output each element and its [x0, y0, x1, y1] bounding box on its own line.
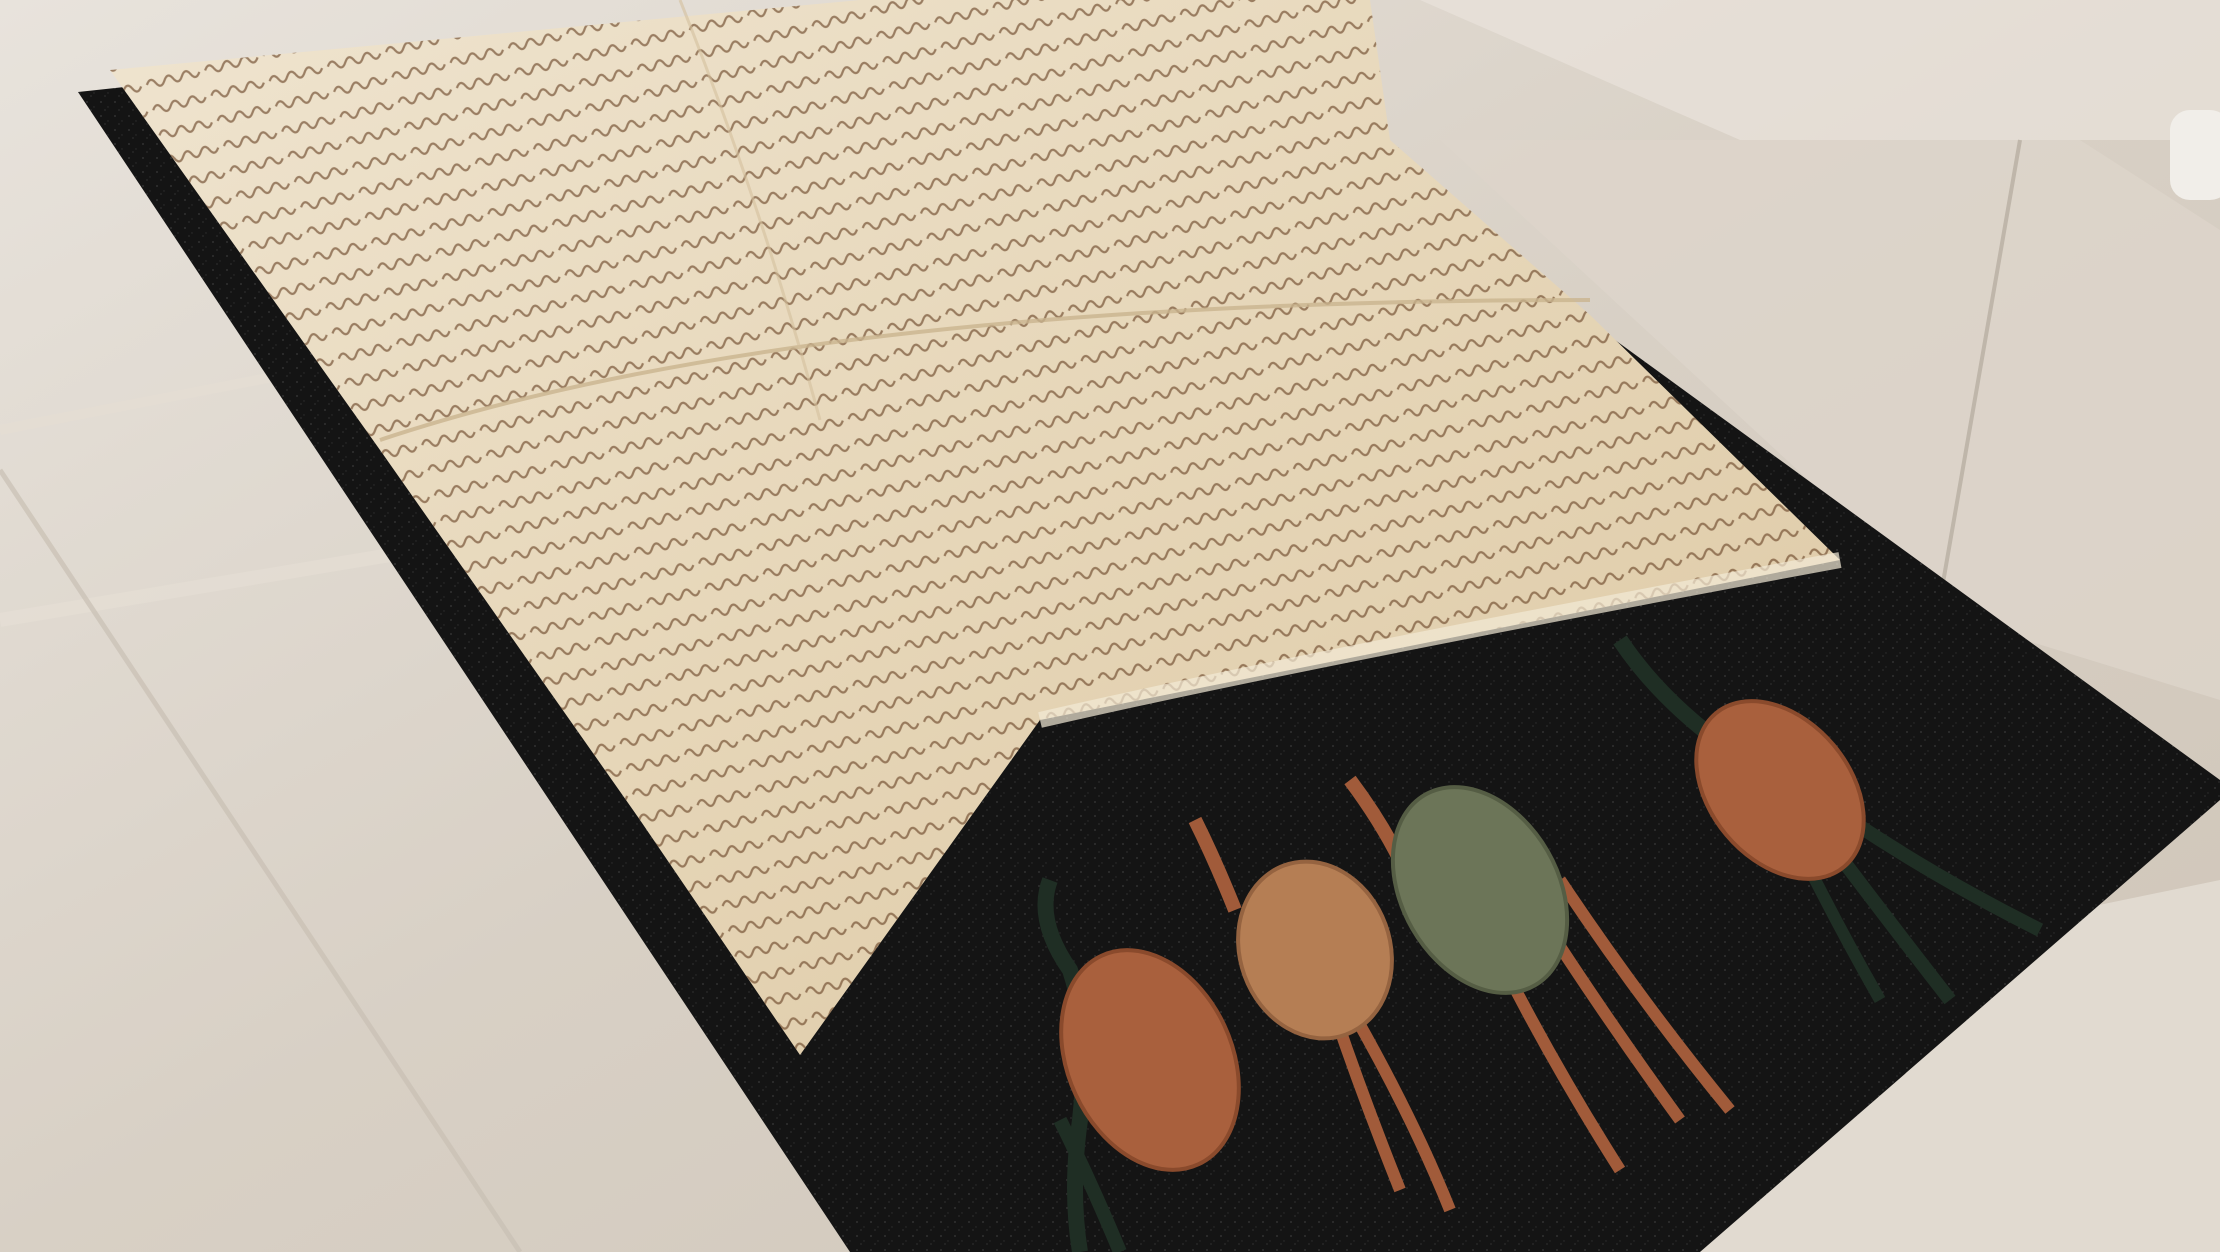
photo-scene: Medieval charter on parchment with five … — [0, 0, 2220, 1252]
case-fixture — [2170, 110, 2220, 200]
photo-illustration — [0, 0, 2220, 1252]
